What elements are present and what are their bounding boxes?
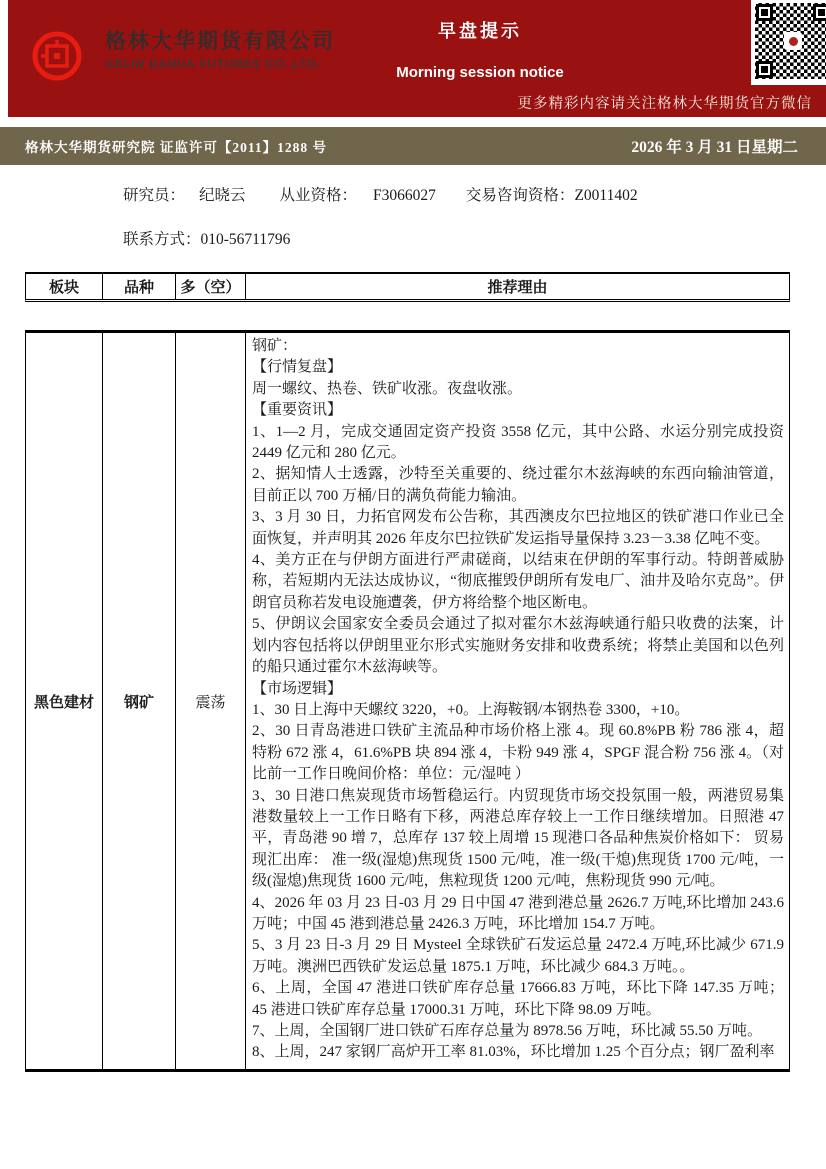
reason-paragraph: 【市场逻辑】 xyxy=(252,679,784,700)
reason-paragraph: 8、上周，247 家钢厂高炉开工率 81.03%，环比增加 1.25 个百分点；… xyxy=(252,1042,784,1063)
info-bar: 格林大华期货研究院 证监许可【2011】1288 号 2026 年 3 月 31… xyxy=(0,127,826,165)
reason-paragraph: 7、上周，全国钢厂进口铁矿石库存总量为 8978.56 万吨，环比减 55.50… xyxy=(252,1021,784,1042)
reason-paragraph: 钢矿： xyxy=(252,336,784,357)
contact-phone: 010-56711796 xyxy=(201,231,291,248)
company-name-cn: 格林大华期货有限公司 xyxy=(105,25,335,55)
reason-paragraph: 5、伊朗议会国家安全委员会通过了拟对霍尔木兹海峡通行船只收费的法案，计划内容包括… xyxy=(252,614,784,678)
variety-cell: 钢矿 xyxy=(103,333,176,1069)
company-name-block: 格林大华期货有限公司 GELIN DAHUA FUTURES CO.,LTD. xyxy=(105,25,335,71)
notice-title-cn: 早盘提示 xyxy=(360,17,600,43)
reason-paragraph: 【重要资讯】 xyxy=(252,400,784,421)
qualification-number: F3066027 xyxy=(373,187,436,204)
reason-paragraph: 1、30 日上海中天螺纹 3220，+0。上海鞍钢/本钢热卷 3300，+10。 xyxy=(252,700,784,721)
reason-paragraph: 2、30 日青岛港进口铁矿主流品种市场价格上涨 4。现 60.8%PB 粉 78… xyxy=(252,721,784,785)
reason-paragraph: 4、2026 年 03 月 23 日-03 月 29 日中国 47 港到港总量 … xyxy=(252,893,784,936)
reason-paragraph: 3、30 日港口焦炭现货市场暂稳运行。内贸现货市场交投氛围一般，两港贸易集港数量… xyxy=(252,786,784,893)
column-header-reason: 推荐理由 xyxy=(246,274,789,299)
column-header-sector: 板块 xyxy=(26,274,103,299)
company-name-en: GELIN DAHUA FUTURES CO.,LTD. xyxy=(105,59,335,71)
reason-paragraph: 5、3 月 23 日-3 月 29 日 Mysteel 全球铁矿石发运总量 24… xyxy=(252,935,784,978)
reason-cell: 钢矿：【行情复盘】周一螺纹、热卷、铁矿收涨。夜盘收涨。【重要资讯】1、1—2 月… xyxy=(246,333,789,1069)
recommendation-table-row: 黑色建材 钢矿 震荡 钢矿：【行情复盘】周一螺纹、热卷、铁矿收涨。夜盘收涨。【重… xyxy=(25,330,790,1072)
sector-cell: 黑色建材 xyxy=(26,333,103,1069)
reason-paragraph: 2、据知情人士透露，沙特至关重要的、绕过霍尔木兹海峡的东西向输油管道，目前正以 … xyxy=(252,464,784,507)
research-institute-license: 格林大华期货研究院 证监许可【2011】1288 号 xyxy=(25,136,327,156)
reason-paragraph: 4、美方正在与伊朗方面进行严肃磋商，以结束在伊朗的军事行动。特朗普威胁称，若短期… xyxy=(252,550,784,614)
column-header-direction: 多（空） xyxy=(176,274,246,299)
reason-paragraph: 周一螺纹、热卷、铁矿收涨。夜盘收涨。 xyxy=(252,379,784,400)
researcher-label: 研究员： xyxy=(123,187,185,204)
column-header-variety: 品种 xyxy=(103,274,176,299)
contact-info-line: 联系方式：010-56711796 xyxy=(123,227,290,249)
company-logo-icon xyxy=(32,31,82,81)
researcher-name: 纪晓云 xyxy=(199,187,246,204)
direction-cell: 震荡 xyxy=(176,333,246,1069)
reason-paragraph: 1、1—2 月，完成交通固定资产投资 3558 亿元，其中公路、水运分别完成投资… xyxy=(252,422,784,465)
report-date: 2026 年 3 月 31 日星期二 xyxy=(631,135,798,157)
consulting-label: 交易咨询资格： xyxy=(466,187,575,204)
qr-panel xyxy=(751,0,826,85)
wechat-follow-tip: 更多精彩内容请关注格林大华期货官方微信 xyxy=(518,92,813,113)
recommendation-table-header: 板块 品种 多（空） 推荐理由 xyxy=(25,272,790,302)
reason-paragraph: 3、3 月 30 日，力拓官网发布公告称，其西澳皮尔巴拉地区的铁矿港口作业已全面… xyxy=(252,507,784,550)
qualification-label: 从业资格： xyxy=(280,187,358,204)
contact-label: 联系方式： xyxy=(123,231,201,248)
notice-title-block: 早盘提示 Morning session notice xyxy=(360,17,600,81)
reason-paragraph: 6、上周，全国 47 港进口铁矿库存总量 17666.83 万吨，环比下降 14… xyxy=(252,978,784,1021)
masthead: 格林大华期货有限公司 GELIN DAHUA FUTURES CO.,LTD. … xyxy=(8,0,826,117)
notice-title-en: Morning session notice xyxy=(360,64,600,81)
reason-paragraph: 【行情复盘】 xyxy=(252,357,784,378)
consulting-number: Z0011402 xyxy=(574,187,637,204)
researcher-info-line: 研究员：纪晓云从业资格：F3066027交易咨询资格：Z0011402 xyxy=(123,183,638,205)
wechat-qr-code-icon xyxy=(755,3,826,79)
